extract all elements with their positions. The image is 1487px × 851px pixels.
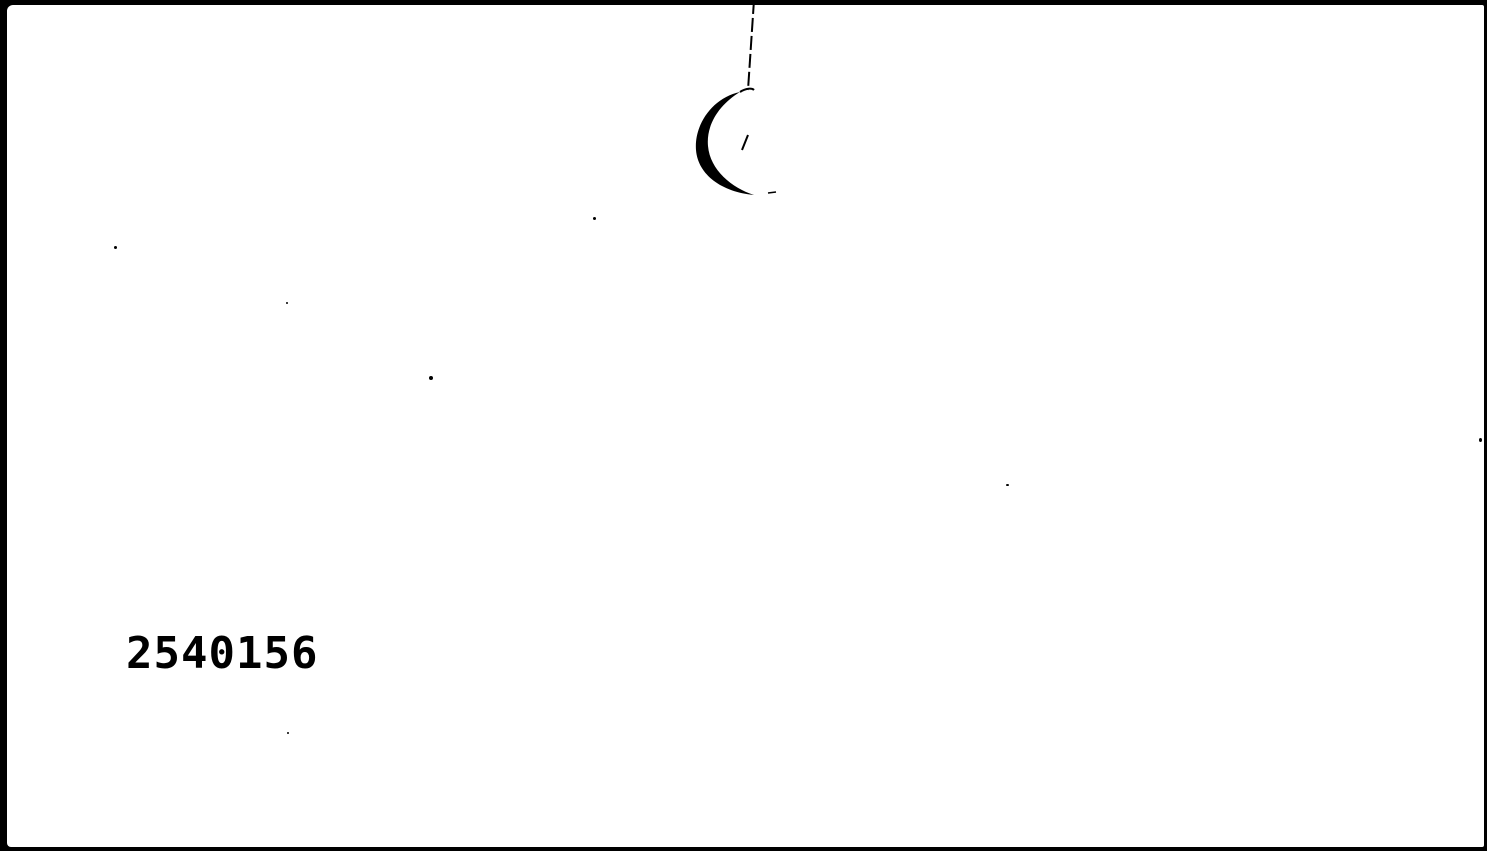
- scan-speck: [1006, 484, 1009, 486]
- scan-speck: [114, 246, 117, 249]
- scan-border-left: [0, 0, 7, 851]
- serial-number: 2540156: [126, 632, 318, 676]
- punch-hole-mark: [682, 80, 782, 205]
- scan-speck: [287, 732, 289, 734]
- scan-speck: [1479, 438, 1482, 442]
- scan-speck: [429, 376, 433, 380]
- scan-speck: [286, 302, 288, 304]
- scan-speck: [593, 217, 596, 220]
